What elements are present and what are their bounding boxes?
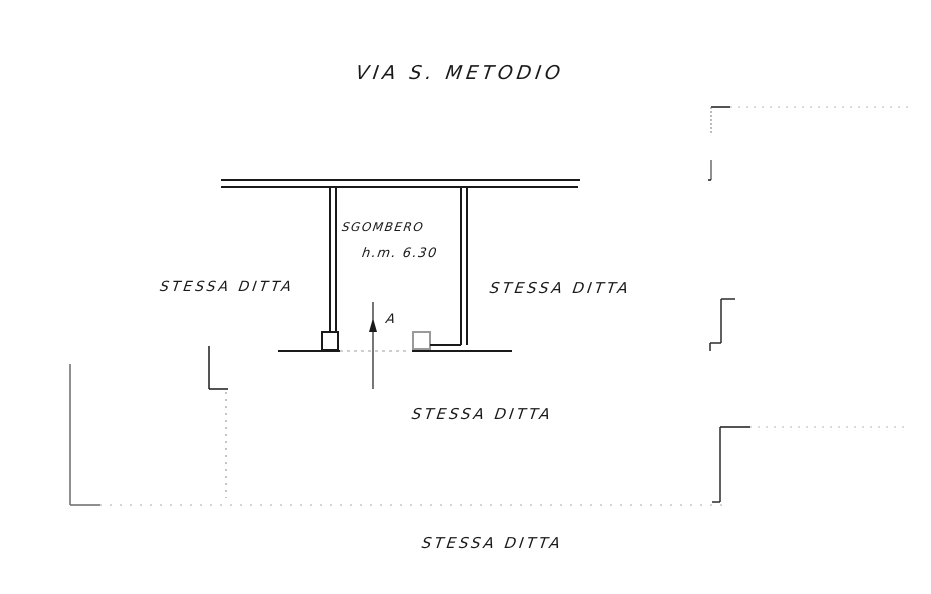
left-pillar (322, 332, 338, 350)
lower-left-step (209, 346, 228, 389)
street-label: VIA S. METODIO (354, 62, 565, 84)
adjacent-label-right: STESSA DITTA (489, 279, 632, 297)
right-middle-boundary (710, 299, 735, 351)
adjacent-label-center: STESSA DITTA (411, 405, 554, 423)
adjacent-label-bottom: STESSA DITTA (421, 534, 564, 552)
section-arrow (369, 302, 377, 389)
room-height-label: h.m. 6.30 (361, 246, 439, 261)
floor-plan-drawing (0, 0, 931, 594)
street-front-wall (221, 180, 580, 187)
adjacent-label-left: STESSA DITTA (159, 279, 295, 295)
room-right-wall (461, 187, 467, 345)
left-boundary (70, 364, 725, 505)
right-lower-boundary (712, 427, 910, 502)
room-left-wall (330, 187, 336, 333)
right-pillar (413, 332, 430, 349)
room-name-label: SGOMBERO (341, 220, 425, 234)
right-upper-boundary (708, 107, 910, 180)
floor-plan: VIA S. METODIO SGOMBERO h.m. 6.30 STESSA… (0, 0, 931, 594)
